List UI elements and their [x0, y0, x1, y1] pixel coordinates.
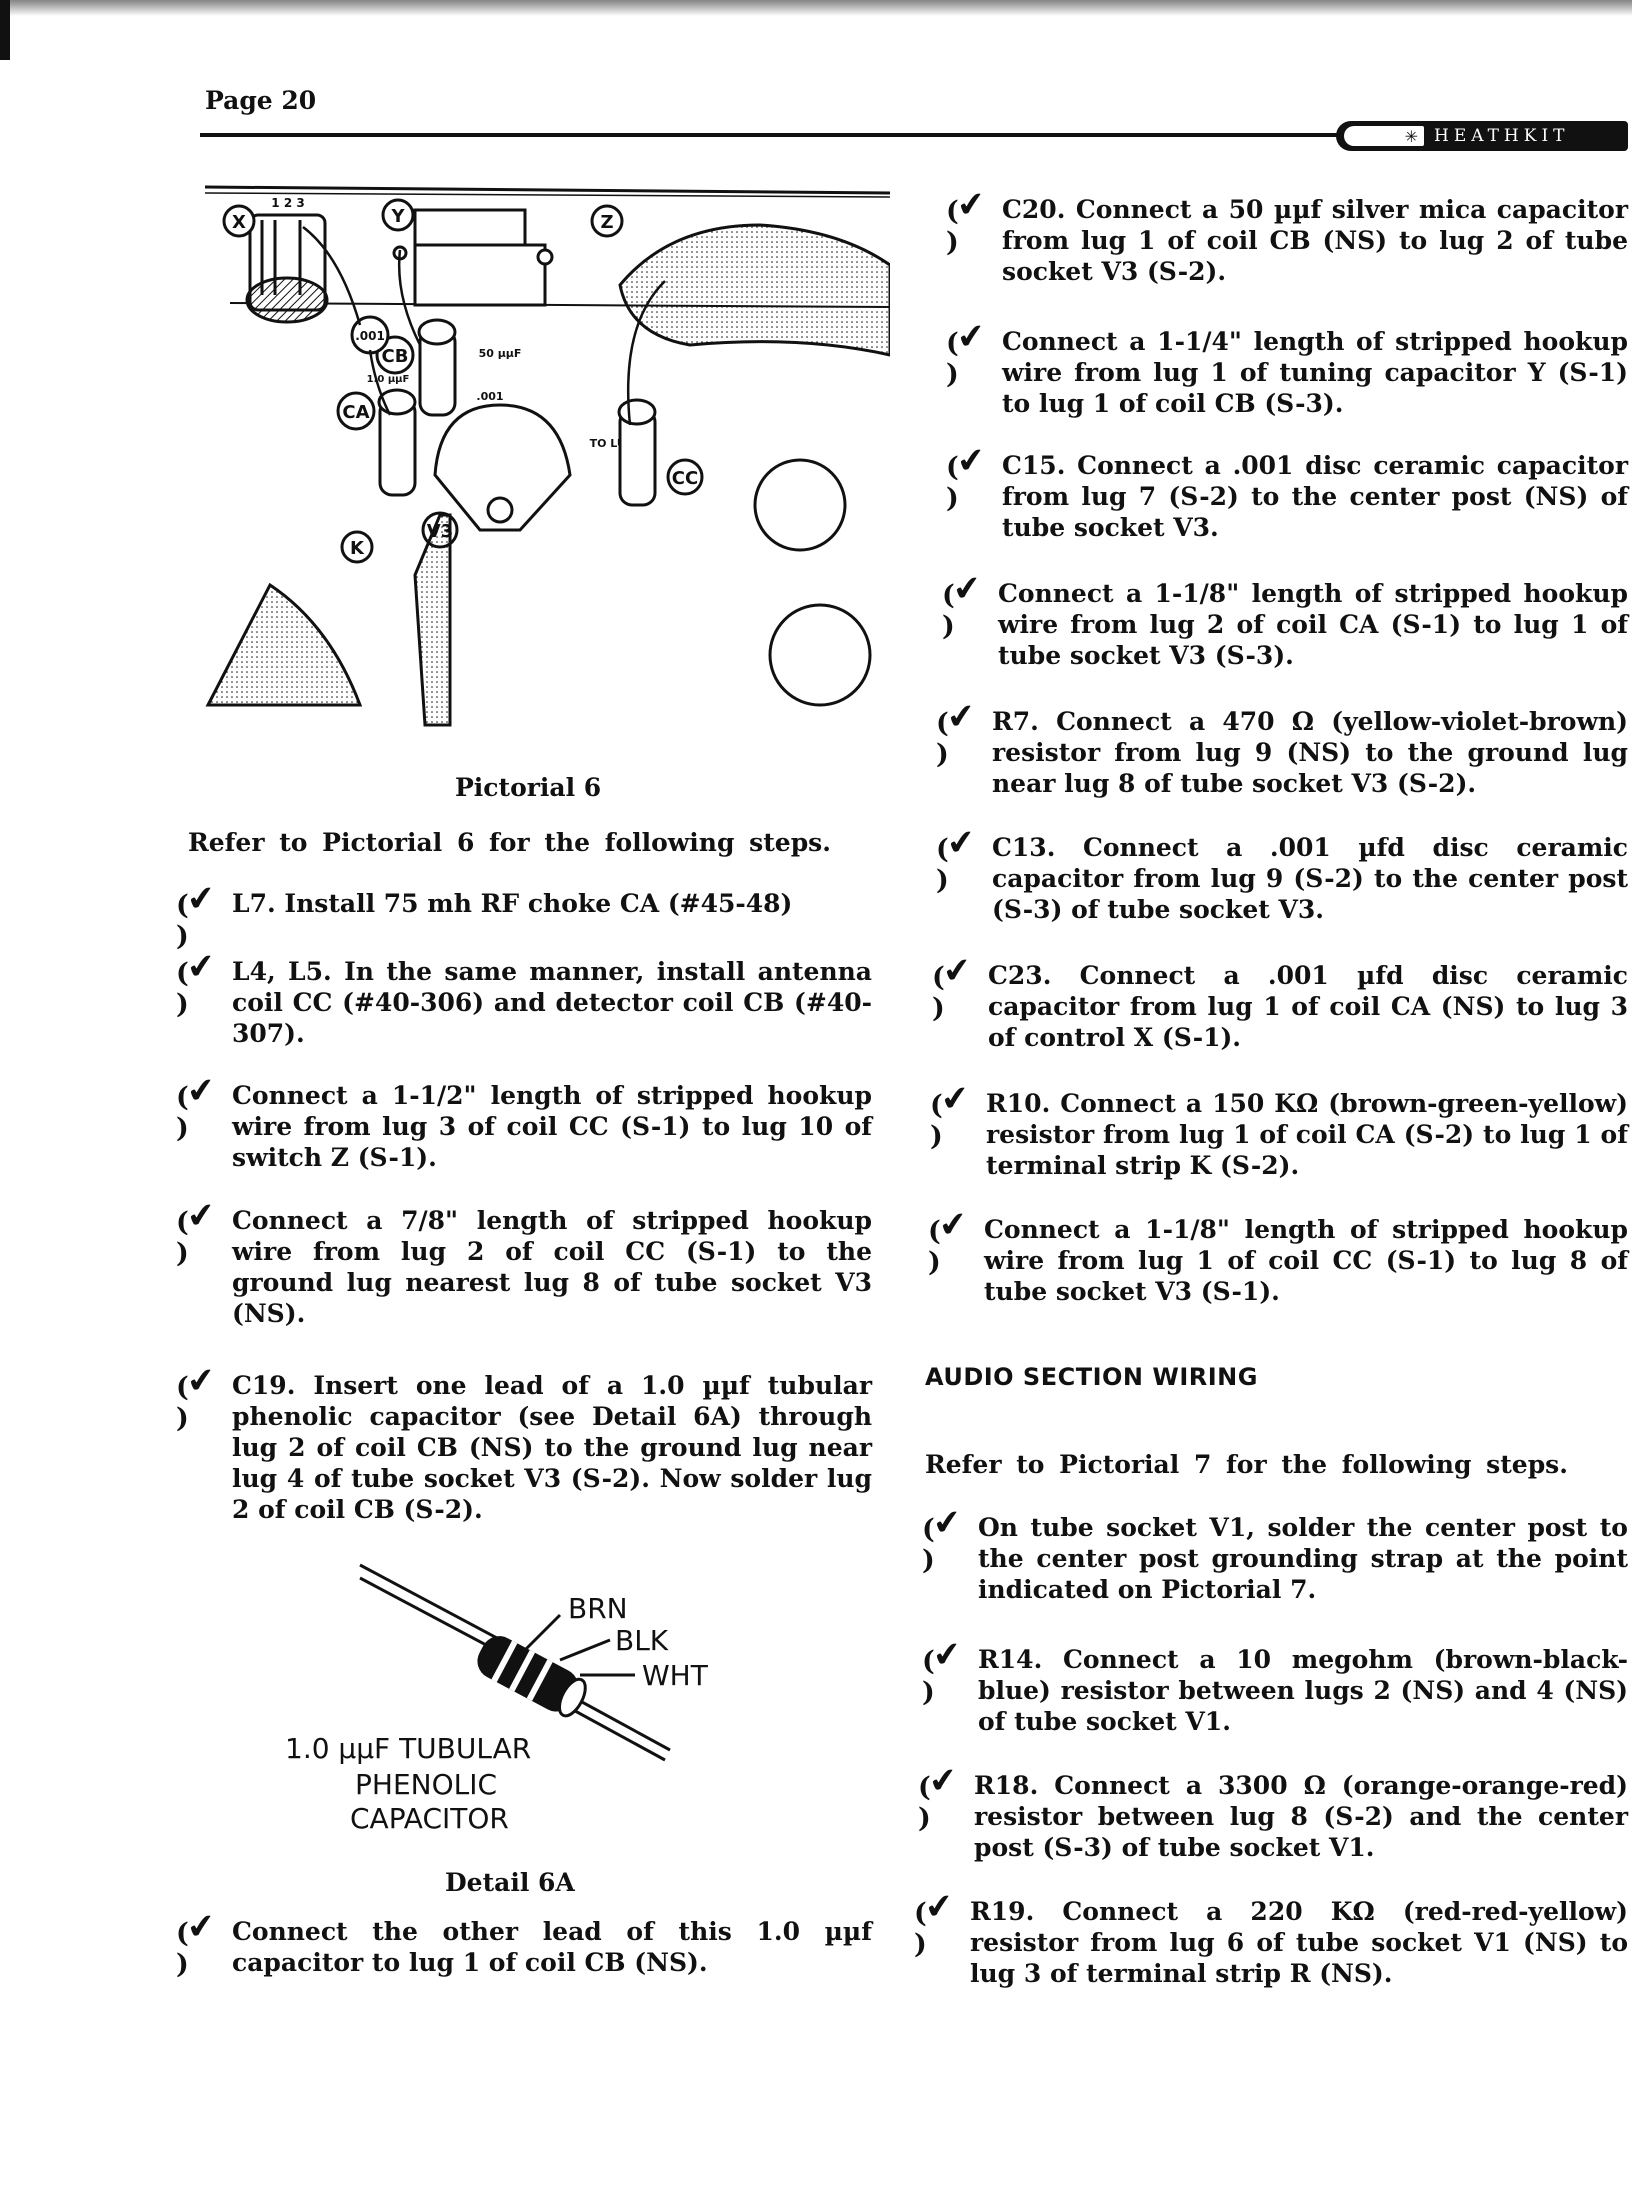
check-mark-icon: ✔: [185, 1365, 217, 1399]
label-k: K: [350, 538, 365, 559]
step-c19-other-lead: (✔) Connect the other lead of this 1.0 µ…: [176, 1916, 872, 1978]
step-checkbox[interactable]: (✔): [946, 326, 996, 390]
step-wire-cc-ground: (✔) Connect a 7/8" length of stripped ho…: [176, 1205, 872, 1329]
label-c001b: .001: [476, 390, 503, 403]
label-1uuf: 1.0 µµF: [367, 374, 410, 385]
step-v1-center-post: (✔) On tube socket V1, solder the center…: [922, 1512, 1628, 1605]
pictorial-6-illustration: X Y Z CB CA CC K V3 .001 1 2 3 50 µµF 1.…: [200, 185, 890, 770]
detail-title-line-1: 1.0 µµF TUBULAR: [285, 1732, 531, 1765]
check-mark-icon: ✔: [185, 1911, 217, 1945]
heathkit-logo: ✳ HEATHKIT: [1336, 121, 1628, 151]
section-heading-audio: AUDIO SECTION WIRING: [925, 1363, 1258, 1391]
step-c15: (✔) C15. Connect a .001 disc ceramic cap…: [946, 450, 1628, 543]
step-c13: (✔) C13. Connect a .001 µfd disc ceramic…: [936, 832, 1628, 925]
check-mark-icon: ✔: [931, 1507, 963, 1541]
check-mark-icon: ✔: [955, 445, 987, 479]
label-x-lugs: 1 2 3: [271, 196, 304, 210]
step-c19: (✔) C19. Insert one lead of a 1.0 µµf tu…: [176, 1370, 872, 1525]
step-checkbox[interactable]: (✔): [936, 706, 986, 770]
label-c001: .001: [355, 329, 385, 343]
step-checkbox[interactable]: (✔): [922, 1644, 972, 1708]
check-mark-icon: ✔: [931, 1639, 963, 1673]
label-x: X: [232, 212, 246, 233]
page-number: Page 20: [205, 86, 316, 115]
check-mark-icon: ✔: [941, 955, 973, 989]
step-checkbox[interactable]: (✔): [932, 960, 982, 1024]
label-z: Z: [600, 212, 613, 233]
step-checkbox[interactable]: (✔): [946, 450, 996, 514]
detail-title-line-2: PHENOLIC: [355, 1768, 497, 1801]
header-rule: [200, 133, 1340, 137]
check-mark-icon: ✔: [937, 1209, 969, 1243]
detail-6a-illustration: BRN BLK WHT 1.0 µµF TUBULAR PHENOLIC CAP…: [260, 1560, 760, 1860]
brand-name: HEATHKIT: [1434, 126, 1570, 146]
pictorial-caption: Pictorial 6: [455, 773, 601, 802]
check-mark-icon: ✔: [951, 573, 983, 607]
step-r14: (✔) R14. Connect a 10 megohm (brown-blac…: [922, 1644, 1628, 1737]
check-mark-icon: ✔: [185, 1200, 217, 1234]
step-checkbox[interactable]: (✔): [176, 1205, 226, 1269]
step-checkbox[interactable]: (✔): [928, 1214, 978, 1278]
label-50uuf: 50 µµF: [479, 347, 522, 360]
step-checkbox[interactable]: (✔): [914, 1896, 964, 1960]
step-wire-ca-v3: (✔) Connect a 1-1/8" length of stripped …: [942, 578, 1628, 671]
step-checkbox[interactable]: (✔): [946, 194, 996, 258]
step-c23: (✔) C23. Connect a .001 µfd disc ceramic…: [932, 960, 1628, 1053]
atom-emblem-icon: ✳: [1344, 126, 1424, 146]
step-wire-cc-z: (✔) Connect a 1-1/2" length of stripped …: [176, 1080, 872, 1173]
scan-edge-left: [0, 0, 10, 60]
step-l4-l5: (✔) L4, L5. In the same manner, install …: [176, 956, 872, 1049]
band-label-wht: WHT: [642, 1659, 709, 1692]
check-mark-icon: ✔: [923, 1891, 955, 1925]
step-r18: (✔) R18. Connect a 3300 Ω (orange-orange…: [918, 1770, 1628, 1863]
label-cb: CB: [382, 346, 409, 367]
step-checkbox[interactable]: (✔): [918, 1770, 968, 1834]
check-mark-icon: ✔: [955, 189, 987, 223]
check-mark-icon: ✔: [185, 1075, 217, 1109]
check-mark-icon: ✔: [185, 883, 217, 917]
band-label-blk: BLK: [615, 1624, 669, 1657]
step-checkbox[interactable]: (✔): [176, 888, 226, 952]
check-mark-icon: ✔: [955, 321, 987, 355]
step-l7: (✔) L7. Install 75 mh RF choke CA (#45-4…: [176, 888, 872, 919]
scan-edge-shadow: [0, 0, 1632, 24]
step-checkbox[interactable]: (✔): [922, 1512, 972, 1576]
step-checkbox[interactable]: (✔): [942, 578, 992, 642]
label-cc: CC: [672, 468, 698, 489]
label-y: Y: [390, 206, 405, 227]
check-mark-icon: ✔: [927, 1765, 959, 1799]
step-c20: (✔) C20. Connect a 50 µµf silver mica ca…: [946, 194, 1628, 287]
step-checkbox[interactable]: (✔): [936, 832, 986, 896]
refer-pictorial-6: Refer to Pictorial 6 for the following s…: [188, 828, 831, 857]
step-checkbox[interactable]: (✔): [176, 956, 226, 1020]
check-mark-icon: ✔: [945, 827, 977, 861]
check-mark-icon: ✔: [945, 701, 977, 735]
label-ca: CA: [342, 402, 369, 423]
check-mark-icon: ✔: [939, 1083, 971, 1117]
check-mark-icon: ✔: [185, 951, 217, 985]
detail-6a-caption: Detail 6A: [445, 1868, 575, 1897]
band-label-brn: BRN: [568, 1592, 628, 1625]
step-checkbox[interactable]: (✔): [176, 1080, 226, 1144]
step-checkbox[interactable]: (✔): [176, 1370, 226, 1434]
step-checkbox[interactable]: (✔): [930, 1088, 980, 1152]
step-r10: (✔) R10. Connect a 150 KΩ (brown-green-y…: [930, 1088, 1628, 1181]
step-checkbox[interactable]: (✔): [176, 1916, 226, 1980]
detail-title-line-3: CAPACITOR: [350, 1802, 509, 1835]
step-wire-cc-v3: (✔) Connect a 1-1/8" length of stripped …: [928, 1214, 1628, 1307]
refer-pictorial-7: Refer to Pictorial 7 for the following s…: [925, 1450, 1568, 1479]
step-wire-y-cb: (✔) Connect a 1-1/4" length of stripped …: [946, 326, 1628, 419]
step-r19: (✔) R19. Connect a 220 KΩ (red-red-yello…: [914, 1896, 1628, 1989]
step-r7: (✔) R7. Connect a 470 Ω (yellow-violet-b…: [936, 706, 1628, 799]
